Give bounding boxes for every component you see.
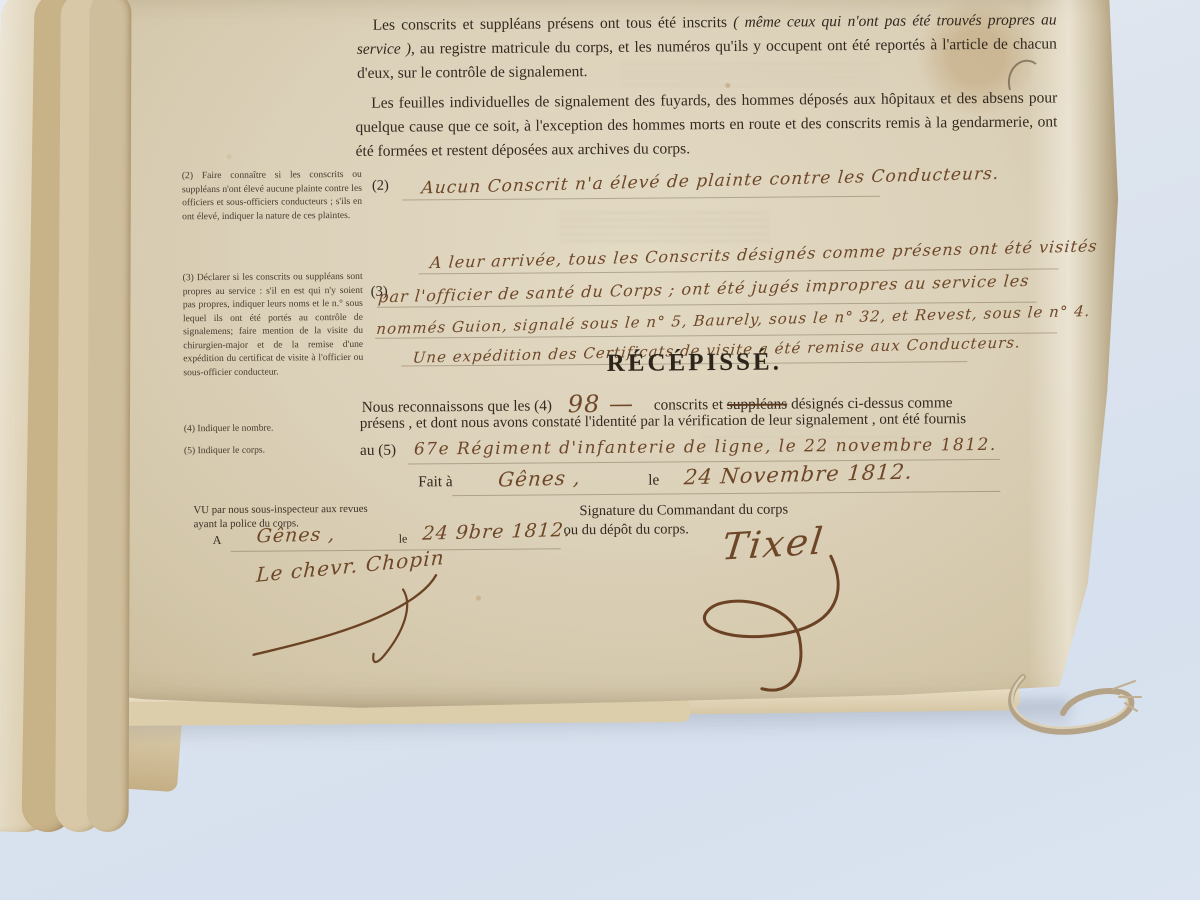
signature-caption-line1: Signature du Commandant du corps [563,501,788,522]
printed-text: au (5) [360,442,396,459]
receipt-heading: RÉCÉPISSÉ. [539,348,849,378]
handwritten-corps: 67e Régiment d'infanterie de ligne, le 2… [414,435,997,460]
fait-date-handwriting: 24 Novembre 1812. [683,460,914,490]
printed-text: Nous reconnaissons que les (4) [362,397,552,415]
photo-of-document: Les conscrits et suppléans présens ont t… [0,0,1200,900]
inspector-date-handwriting: 24 9bre 1812. [422,519,572,545]
entry-2-label: (2) [372,178,389,195]
entry-2-handwriting: Aucun Conscrit n'a élevé de plainte cont… [421,164,1000,199]
entry-3-handwriting-line2: par l'officier de santé du Corps ; ont é… [377,271,1030,306]
fait-place-handwriting: Gênes , [497,465,582,491]
margin-note-4: (4) Indiquer le nombre. [184,421,364,436]
intro-paragraph-2: Les feuilles individuelles de signalemen… [355,86,1058,164]
document-content: Les conscrits et suppléans présens ont t… [0,0,1200,900]
signature-flourish [641,538,902,720]
fait-printed-le: le [648,472,659,490]
struck-word: suppléans [727,396,787,413]
entry-3-handwriting-line1: A leur arrivée, tous les Conscrits désig… [429,236,1098,272]
inspector-printed-a: A [213,533,222,548]
receipt-line-2: présens , et dont nous avons constaté l'… [360,411,966,433]
receipt-line-3: au (5) 67e Régiment d'infanterie de lign… [360,435,997,460]
margin-note-3: (3) Déclarer si les conscrits ou suppléa… [183,270,364,379]
paragraph-text: , au registre matricule du corps, et les… [357,35,1057,81]
margin-note-5: (5) Indiquer le corps. [184,443,364,458]
printed-text: désignés ci-dessus comme [791,394,953,412]
margin-note-2: (2) Faire connaître si les conscrits ou … [182,168,362,223]
inspector-printed-le: le [399,532,408,547]
fait-printed: Fait à [418,473,453,491]
inspector-flourish [231,561,462,683]
paragraph-text: Les conscrits et suppléans présens ont t… [373,14,734,34]
inspector-place-handwriting: Gênes , [256,523,337,547]
intro-paragraph-1: Les conscrits et suppléans présens ont t… [357,8,1058,85]
ruled-line [452,491,1000,496]
printed-text: conscrits et [654,396,723,414]
